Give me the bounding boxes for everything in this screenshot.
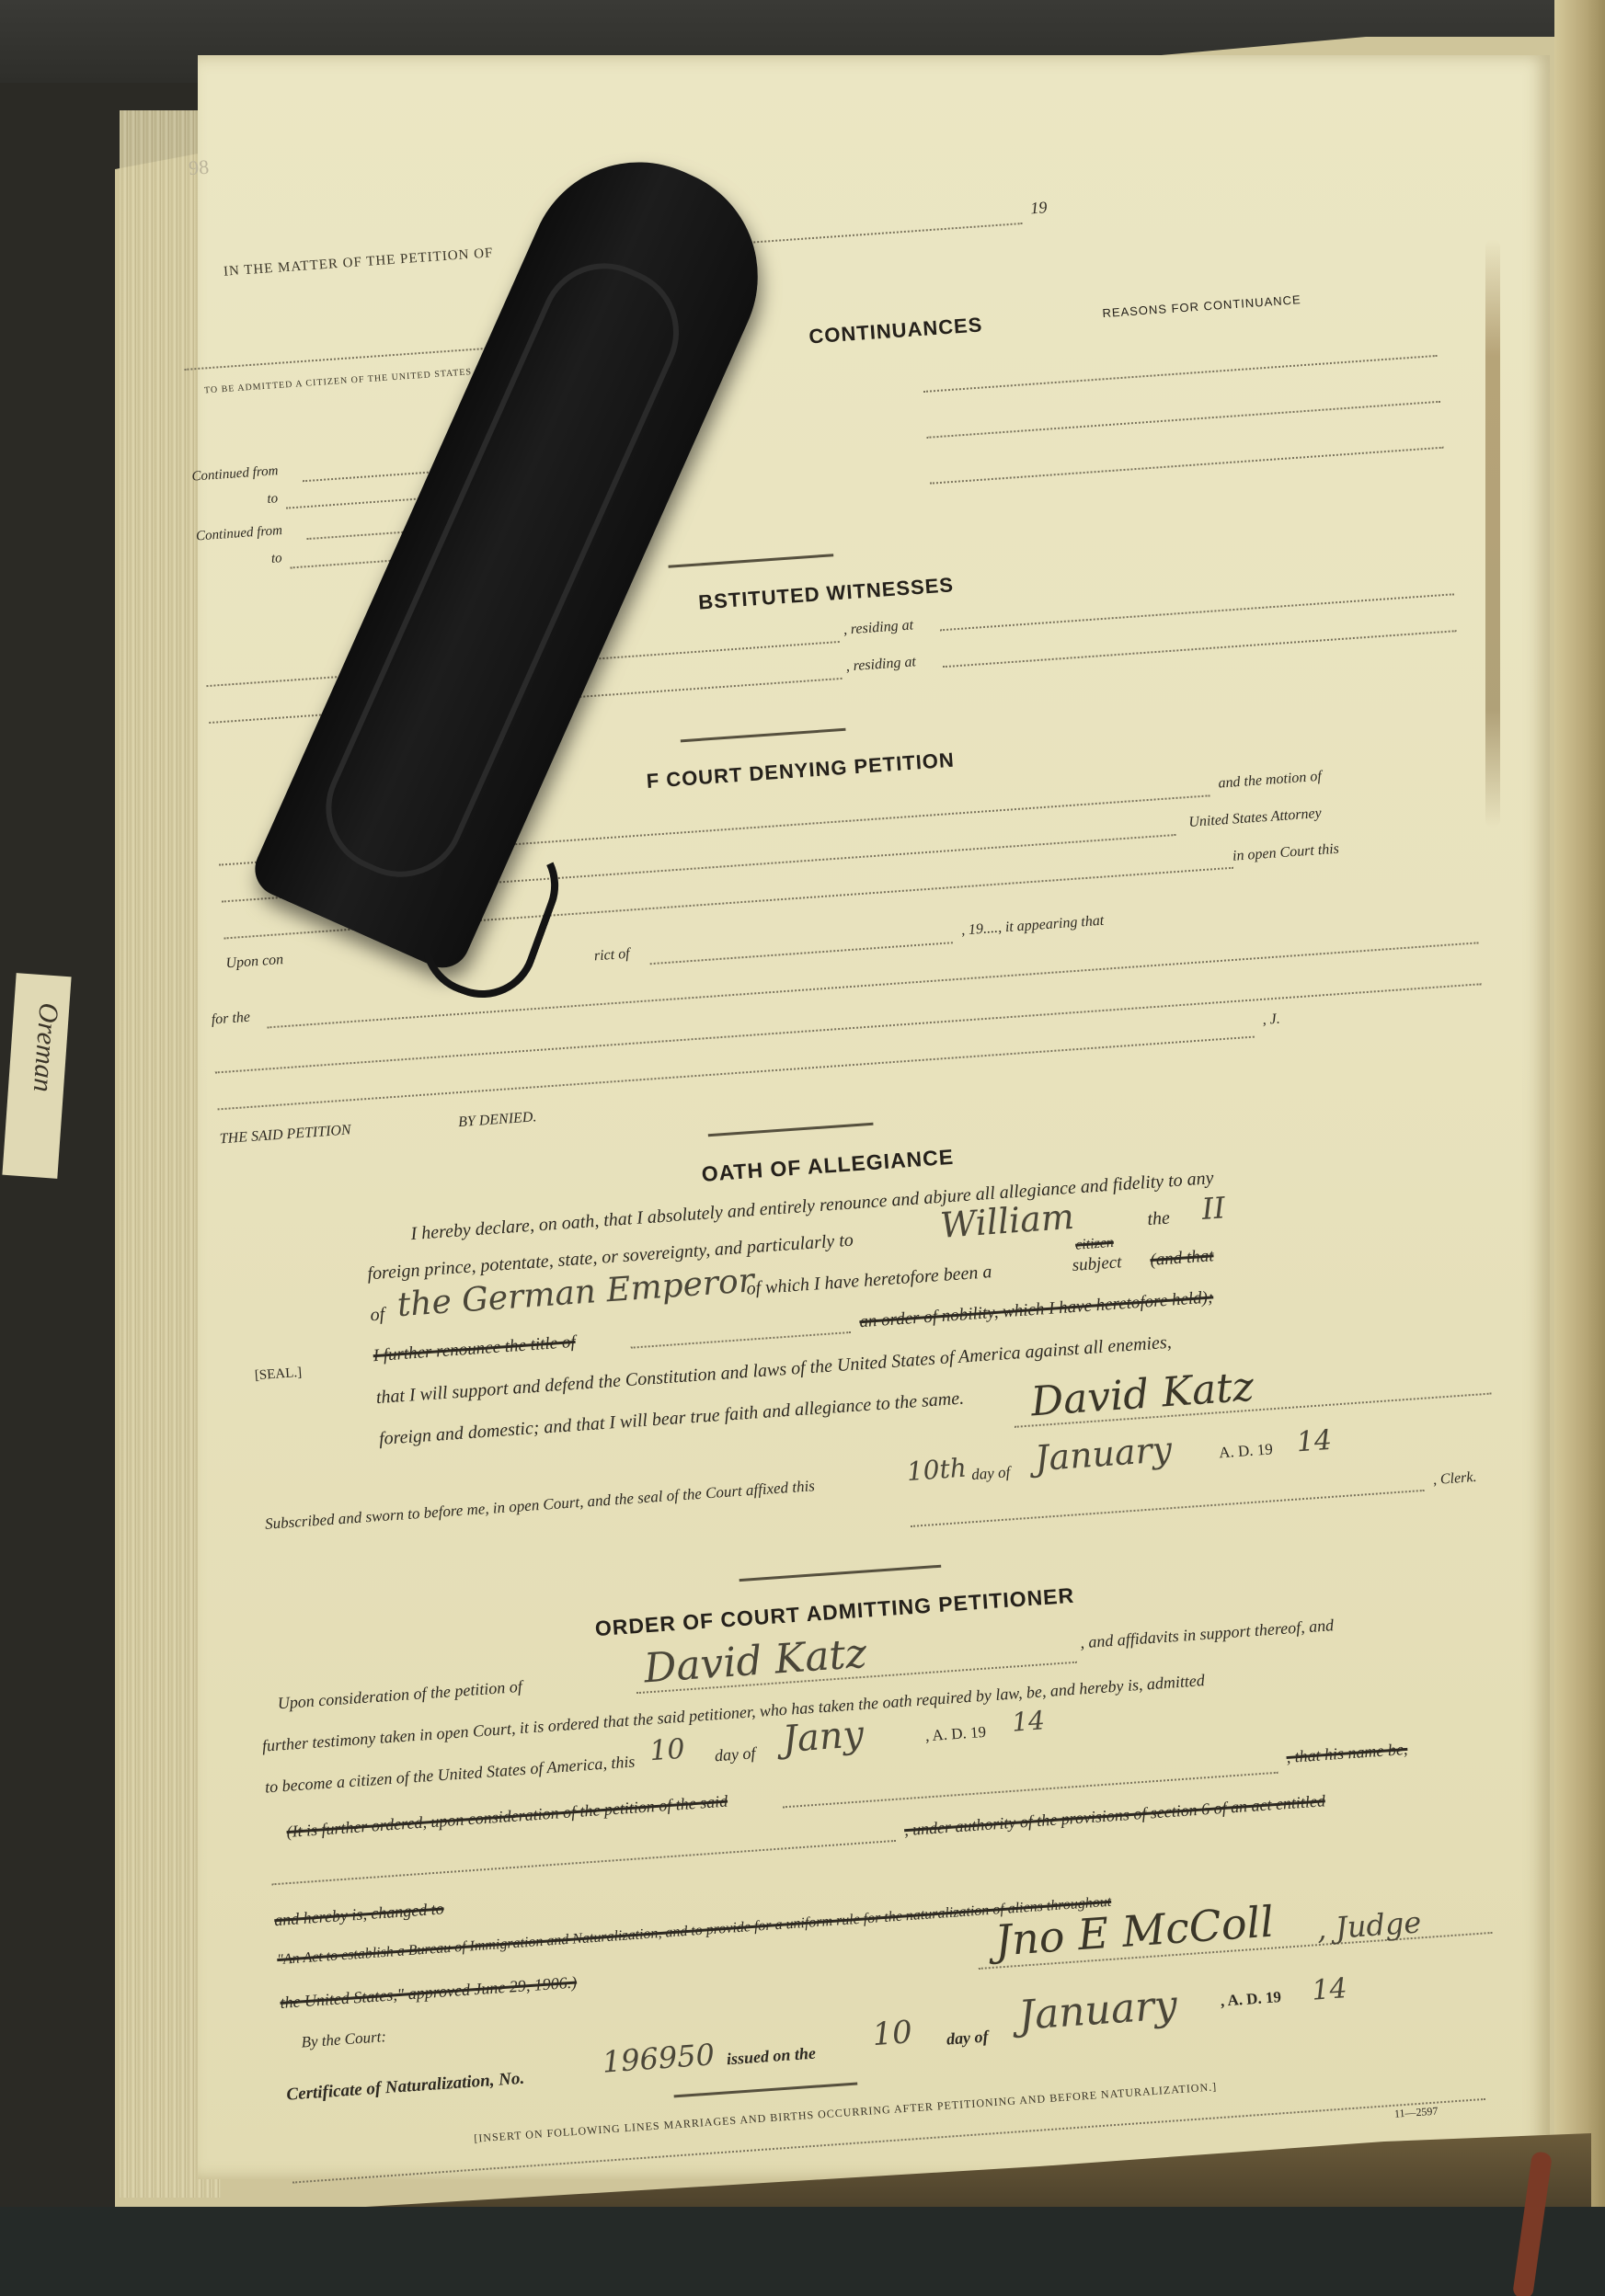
struck-blank-line [271, 1840, 895, 1885]
admission-ad: , A. D. 19 [924, 1723, 986, 1746]
certificate-year-handwriting: 14 [1311, 1972, 1348, 2007]
admission-month-handwriting: Jany [781, 1713, 865, 1761]
oath-line-2b: the [1147, 1208, 1171, 1231]
certificate-ad: , A. D. 19 [1220, 1988, 1281, 2011]
admission-line-3a: to become a citizen of the United States… [264, 1753, 636, 1798]
struck-line-5: the United States," approved June 29, 19… [280, 1973, 578, 2014]
denial-heading: F COURT DENYING PETITION [646, 748, 956, 794]
oath-heading: OATH OF ALLEGIANCE [701, 1145, 955, 1187]
witness-address-2 [943, 630, 1457, 668]
denial-right-3: in open Court this [1232, 841, 1339, 865]
struck-line-3: and hereby is, changed to [274, 1899, 445, 1930]
admitted-line: TO BE ADMITTED A CITIZEN OF THE UNITED S… [204, 367, 473, 395]
section-divider [739, 1565, 942, 1582]
margin-note-handwriting: Oreman [27, 1001, 64, 1092]
to-label-1: to [267, 491, 279, 508]
subject-word: subject [1072, 1252, 1122, 1276]
witnesses-heading: BSTITUTED WITNESSES [698, 573, 955, 614]
reason-line-2 [926, 401, 1440, 439]
denial-district: rict of [593, 946, 630, 965]
admission-line-1a: Upon consideration of the petition of [277, 1677, 522, 1714]
section-divider [674, 2082, 858, 2097]
sovereign-numeral-handwriting: II [1200, 1190, 1226, 1227]
matter-line: IN THE MATTER OF THE PETITION OF [224, 246, 494, 280]
struck-and-that: (and that [1150, 1246, 1215, 1271]
denial-for-the: for the [211, 1010, 250, 1029]
district-line [650, 942, 953, 965]
reasons-heading: REASONS FOR CONTINUANCE [1102, 292, 1301, 320]
struck-line-1: (It is further ordered, upon considerati… [286, 1792, 728, 1842]
certificate-number-handwriting: 196950 [602, 2037, 717, 2079]
year-prefix: 19 [1030, 198, 1048, 218]
admission-day-handwriting: 10 [648, 1733, 686, 1768]
sworn-year-handwriting: 14 [1296, 1424, 1334, 1459]
section-divider [681, 728, 846, 743]
certificate-day-handwriting: 10 [871, 2014, 913, 2053]
sworn-text: Subscribed and sworn to before me, in op… [265, 1477, 816, 1534]
naturalization-record: 98 IN THE MATTER OF THE PETITION OF 19 T… [152, 75, 1605, 2186]
sworn-month-handwriting: January [1034, 1429, 1174, 1479]
residing-label-1: , residing at [843, 617, 913, 638]
denial-right-1: and the motion of [1218, 769, 1322, 793]
admission-line-1b: , and affidavits in support thereof, and [1080, 1616, 1335, 1652]
struck-citizen: citizen [1075, 1235, 1115, 1254]
certificate-day-of: day of [946, 2027, 989, 2049]
clerk-line [911, 1490, 1425, 1527]
continued-from-label-1: Continued from [191, 463, 279, 485]
struck-line-1b: , that his name be, [1286, 1740, 1408, 1767]
title-line [631, 1331, 852, 1349]
sworn-day-handwriting: 10th [906, 1453, 968, 1487]
issued-on-label: issued on the [726, 2044, 816, 2070]
said-petition: THE SAID PETITION [219, 1122, 351, 1148]
denial-line-5 [215, 983, 1482, 1073]
denial-year: , 19...., it appearing that [960, 913, 1104, 940]
judge-title-handwriting: , Judge [1315, 1904, 1422, 1947]
page-number: 98 [188, 155, 210, 180]
margin-slip: Oreman [2, 973, 71, 1179]
denied-label: BY DENIED. [458, 1109, 537, 1131]
continuances-heading: CONTINUANCES [808, 313, 984, 348]
sovereign-name-handwriting: William [939, 1196, 1075, 1246]
section-divider [708, 1123, 874, 1137]
section-divider [669, 554, 834, 568]
by-the-court: By the Court: [301, 2028, 387, 2051]
denial-judge: , J. [1262, 1011, 1280, 1029]
denial-upon: Upon con [225, 952, 284, 972]
struck-nobility: an order of nobility, which I have heret… [859, 1287, 1214, 1332]
admission-day-of: day of [714, 1743, 756, 1765]
table-surface-bottom [0, 2207, 1605, 2296]
sworn-ad: A. D. 19 [1219, 1440, 1274, 1462]
continued-from-label-2: Continued from [196, 523, 283, 545]
struck-title-renounce: I further renounce the title of [373, 1332, 576, 1366]
clerk-label: , Clerk. [1432, 1469, 1477, 1489]
denial-right-2: United States Attorney [1188, 805, 1322, 831]
struck-line-2: , under authority of the provisions of s… [903, 1791, 1325, 1840]
denial-line-6 [218, 1036, 1255, 1111]
residing-label-2: , residing at [845, 654, 916, 675]
witness-address-1 [940, 593, 1454, 631]
to-label-2: to [270, 551, 282, 567]
seal-label: [SEAL.] [254, 1365, 302, 1385]
oath-line-3b: of which I have heretofore been a [746, 1262, 992, 1300]
reason-line-3 [930, 447, 1444, 485]
reason-line-1 [923, 355, 1438, 393]
admission-year-handwriting: 14 [1011, 1705, 1046, 1737]
sworn-day-of: day of [971, 1463, 1011, 1484]
certificate-month-handwriting: January [1017, 1982, 1179, 2039]
certificate-label: Certificate of Naturalization, No. [286, 2069, 525, 2106]
oath-line-3a: of [370, 1304, 385, 1326]
